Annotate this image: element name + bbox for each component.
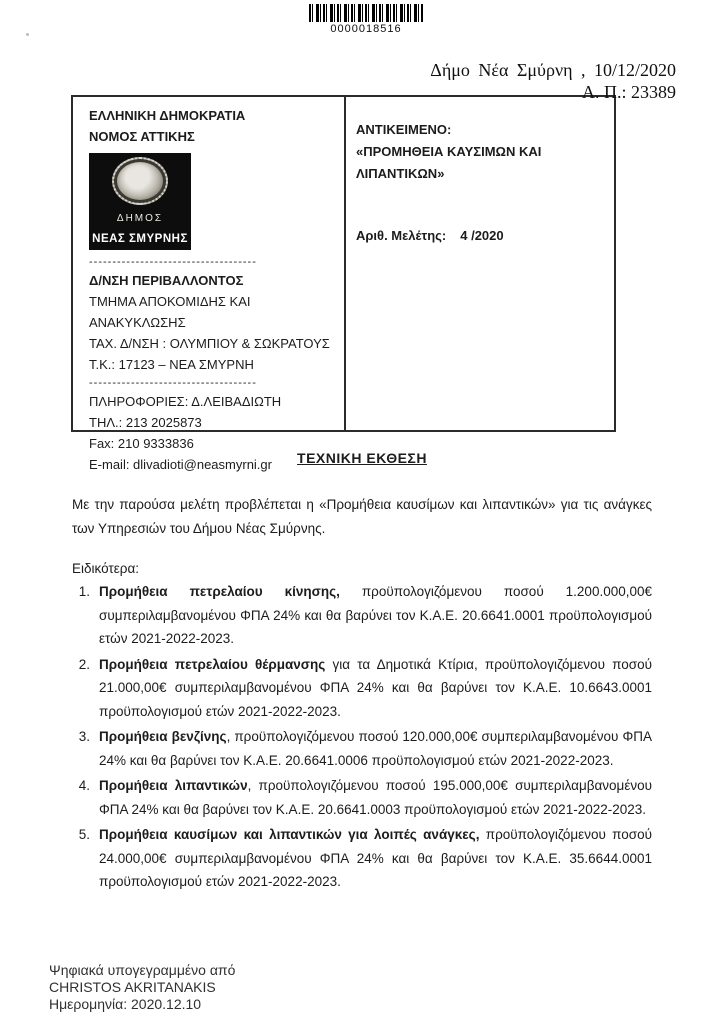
item-number: 4. [72, 774, 99, 821]
item-bold-lead: Προμήθεια βενζίνης [99, 729, 227, 744]
phone-number: ΤΗΛ.: 213 2025873 [89, 412, 340, 433]
header-left-cell: ΕΛΛΗΝΙΚΗ ΔΗΜΟΚΡΑΤΙΑ ΝΟΜΟΣ ΑΤΤΙΚΗΣ ΔΗΜΟΣ … [73, 97, 346, 430]
item-text: Προμήθεια βενζίνης, προϋπολογιζόμενου πο… [99, 725, 652, 772]
directorate-label: Δ/ΝΣΗ ΠΕΡΙΒΑΛΛΟΝΤΟΣ [89, 270, 340, 291]
municipal-seal-icon [112, 157, 168, 205]
address-label: ΤΑΧ. Δ/ΝΣΗ : ΟΛΥΜΠΙΟΥ & ΣΩΚΡΑΤΟΥΣ [89, 333, 340, 354]
municipality-logo: ΔΗΜΟΣ ΝΕΑΣ ΣΜΥΡΝΗΣ [89, 153, 191, 250]
item-bold-lead: Προμήθεια καυσίμων και λιπαντικών για λο… [99, 827, 479, 842]
barcode-icon [309, 4, 423, 22]
list-item: 3. Προμήθεια βενζίνης, προϋπολογιζόμενου… [72, 725, 652, 772]
list-item: 5. Προμήθεια καυσίμων και λιπαντικών για… [72, 823, 652, 894]
logo-caption-dimos: ΔΗΜΟΣ [117, 208, 163, 229]
country-label: ΕΛΛΗΝΙΚΗ ΔΗΜΟΚΡΑΤΙΑ [89, 105, 340, 126]
digital-signature: Ψηφιακά υπογεγραμμένο από CHRISTOS AKRIT… [49, 962, 235, 1013]
document-body: ΤΕΧΝΙΚΗ ΕΚΘΕΣΗ Με την παρούσα μελέτη προ… [72, 450, 652, 894]
postal-label: Τ.Κ.: 17123 – ΝΕΑ ΣΜΥΡΝΗ [89, 354, 340, 375]
study-number-row: Αριθ. Μελέτης:4 /2020 [356, 225, 504, 247]
item-text: Προμήθεια λιπαντικών, προϋπολογιζόμενου … [99, 774, 652, 821]
list-item: 2. Προμήθεια πετρελαίου θέρμανσης για τα… [72, 653, 652, 724]
item-number: 2. [72, 653, 99, 724]
dashed-divider: ------------------------------------ [89, 254, 340, 270]
intro-paragraph: Με την παρούσα μελέτη προβλέπεται η «Προ… [72, 493, 652, 541]
item-number: 3. [72, 725, 99, 772]
scan-speck [26, 33, 29, 36]
item-text: Προμήθεια πετρελαίου κίνησης, προϋπολογι… [99, 580, 652, 651]
items-list: 1. Προμήθεια πετρελαίου κίνησης, προϋπολ… [72, 580, 652, 894]
subject-label: ΑΝΤΙΚΕΙΜΕΝΟ: [356, 119, 604, 141]
logo-caption-neas-smyrnis: ΝΕΑΣ ΣΜΥΡΝΗΣ [92, 229, 188, 250]
item-text: Προμήθεια καυσίμων και λιπαντικών για λο… [99, 823, 652, 894]
item-number: 1. [72, 580, 99, 651]
item-text: Προμήθεια πετρελαίου θέρμανσης για τα Δη… [99, 653, 652, 724]
signature-date: Ημερομηνία: 2020.12.10 [49, 996, 235, 1013]
item-bold-lead: Προμήθεια πετρελαίου κίνησης, [99, 584, 340, 599]
signature-line-1: Ψηφιακά υπογεγραμμένο από [49, 962, 235, 979]
barcode-number: 0000018516 [301, 23, 431, 35]
prefecture-label: ΝΟΜΟΣ ΑΤΤΙΚΗΣ [89, 126, 340, 147]
email-address: E-mail: dlivadioti@neasmyrni.gr [89, 454, 340, 475]
list-item: 1. Προμήθεια πετρελαίου κίνησης, προϋπολ… [72, 580, 652, 651]
contact-person: ΠΛΗΡΟΦΟΡΙΕΣ: Δ.ΛΕΙΒΑΔΙΩΤΗ [89, 391, 340, 412]
signature-name: CHRISTOS AKRITANAKIS [49, 979, 235, 996]
more-label: Ειδικότερα: [72, 561, 652, 576]
barcode: 0000018516 [301, 4, 431, 35]
header-box: ΕΛΛΗΝΙΚΗ ΔΗΜΟΚΡΑΤΙΑ ΝΟΜΟΣ ΑΤΤΙΚΗΣ ΔΗΜΟΣ … [71, 95, 616, 432]
fax-number: Fax: 210 9333836 [89, 433, 340, 454]
dashed-divider: ------------------------------------ [89, 375, 340, 391]
date-line: Δήμο Νέα Σμύρνη , 10/12/2020 [430, 60, 676, 81]
item-number: 5. [72, 823, 99, 894]
header-right-cell: ΑΝΤΙΚΕΙΜΕΝΟ: «ΠΡΟΜΗΘΕΙΑ ΚΑΥΣΙΜΩΝ ΚΑΙ ΛΙΠ… [346, 97, 614, 430]
study-number-value: 4 /2020 [460, 228, 503, 243]
study-number-label: Αριθ. Μελέτης: [356, 228, 446, 243]
protocol-number: Α. Π.: 23389 [582, 82, 676, 103]
item-bold-lead: Προμήθεια πετρελαίου θέρμανσης [99, 657, 325, 672]
department-label: ΤΜΗΜΑ ΑΠΟΚΟΜΙΔΗΣ ΚΑΙ ΑΝΑΚΥΚΛΩΣΗΣ [89, 291, 340, 333]
list-item: 4. Προμήθεια λιπαντικών, προϋπολογιζόμεν… [72, 774, 652, 821]
document-page: 0000018516 Δήμο Νέα Σμύρνη , 10/12/2020 … [0, 0, 722, 1024]
item-bold-lead: Προμήθεια λιπαντικών [99, 778, 248, 793]
subject-value: «ΠΡΟΜΗΘΕΙΑ ΚΑΥΣΙΜΩΝ ΚΑΙ ΛΙΠΑΝΤΙΚΩΝ» [356, 141, 604, 185]
